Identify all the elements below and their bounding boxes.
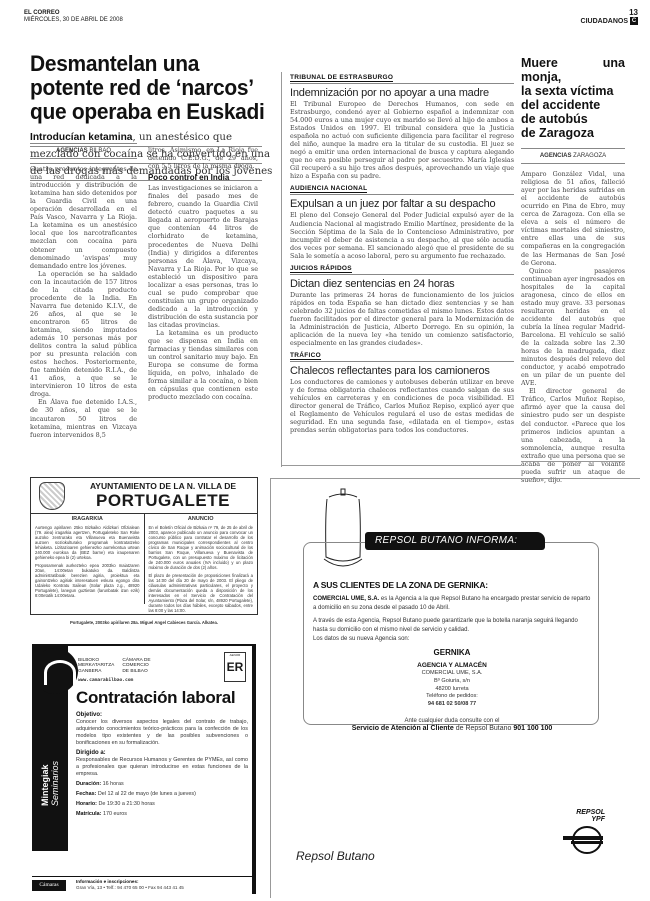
notice-spanish: ANUNCIO En el Boletín Oficial de Bizkaia…	[144, 514, 258, 604]
side-story: Muere una monja, la sexta víctima del ac…	[521, 56, 625, 484]
agency-address: COMERCIAL UME, S.A. Bº Goiuria, s/n 4820…	[313, 670, 591, 709]
ad-portugalete: AYUNTAMIENTO DE LA N. VILLA DE PORTUGALE…	[30, 477, 258, 615]
brief-headline: Chalecos reflectantes para los camionero…	[290, 365, 514, 378]
ad-repsol-butano: REPSOL BUTANO INFORMA: A SUS CLIENTES DE…	[270, 478, 640, 898]
lead-column-2: litros. Asimismo, en La Rioja fue deteni…	[148, 146, 258, 401]
brief-section-label: TRÁFICO	[290, 352, 514, 362]
masthead-left: EL CORREO MIÉRCOLES, 30 DE ABRIL DE 2008	[24, 10, 123, 24]
brief-body: Los conductores de camiones y autobuses …	[290, 378, 514, 434]
brief-headline: Dictan diez sentencias en 24 horas	[290, 278, 514, 291]
briefs-column: TRIBUNAL DE ESTRASBURGO Indemnización po…	[290, 74, 514, 439]
repsol-ypf-logo-icon: REPSOL YPF	[561, 809, 605, 857]
notice-basque: IRAGARKIA Aurtengo apirilaren 25ko Bizka…	[31, 514, 144, 604]
column-divider	[281, 72, 282, 467]
brief-section-label: JUICIOS RÁPIDOS	[290, 265, 514, 275]
aenor-certification-icon: AENORER	[224, 652, 246, 682]
repsol-butano-brand: Repsol Butano	[296, 849, 375, 863]
brief-headline: Indemnización por no apoyar a una madre	[290, 87, 514, 100]
notice-signature: Portugalete, 2003ko apirilaren 28a. Migu…	[31, 620, 257, 625]
lead-subhead: Poco control en India	[148, 174, 258, 182]
ad-portugalete-title: AYUNTAMIENTO DE LA N. VILLA DE	[73, 481, 253, 491]
camara-logo-icon	[32, 648, 78, 694]
issue-date: MIÉRCOLES, 30 DE ABRIL DE 2008	[24, 17, 123, 24]
brief-body: Durante las primeras 24 horas de funcion…	[290, 291, 514, 347]
lead-headline: Desmantelan una potente red de ‘narcos’ …	[30, 52, 246, 124]
byline: AGENCIAS ZARAGOZA	[521, 148, 625, 164]
lead-column-1: AGENCIAS BILBAO Cuatro presuntos integra…	[30, 143, 137, 439]
brief-body: El Tribunal Europeo de Derechos Humanos,…	[290, 100, 514, 180]
side-bottom-rule	[521, 461, 625, 462]
ad-camara-bilbao: MintegiakSeminarios BILBOKOMERKATARITZAG…	[32, 644, 256, 894]
briefs-bottom-rule	[281, 465, 521, 466]
agency-city: GERNIKA	[313, 648, 591, 657]
section-name: CIUDADANOS	[581, 18, 628, 25]
side-headline: Muere una monja, la sexta víctima del ac…	[521, 56, 625, 140]
course-title: Contratación laboral	[76, 688, 235, 708]
camaras-logo-icon: Cámaras	[32, 880, 66, 891]
course-footer: Cámaras Información e inscripciones:Gran…	[32, 876, 252, 894]
agency-title: AGENCIA Y ALMACÉN	[313, 661, 591, 670]
repsol-banner: REPSOL BUTANO INFORMA:	[365, 532, 545, 550]
coat-of-arms-icon	[39, 482, 65, 510]
ad-portugalete-town: PORTUGALETE	[73, 491, 253, 511]
masthead-right: 13 CIUDADANOSC	[581, 8, 638, 25]
newspaper-name: EL CORREO	[24, 10, 123, 17]
camara-brand: BILBOKOMERKATARITZAGANBERA CÁMARA DECOME…	[78, 658, 151, 674]
brief-body: El pleno del Consejo General del Poder J…	[290, 211, 514, 259]
camara-url[interactable]: www.camarabilbao.com	[78, 678, 133, 683]
page-number: 13	[581, 8, 638, 17]
section-badge-icon: C	[630, 17, 638, 25]
repsol-notice: A SUS CLIENTES DE LA ZONA DE GERNIKA: CO…	[313, 581, 591, 733]
seminars-label: MintegiakSeminarios	[40, 761, 60, 806]
brief-section-label: TRIBUNAL DE ESTRASBURGO	[290, 74, 514, 84]
customer-service: Ante cualquier duda consulte con el Serv…	[313, 717, 591, 733]
brief-section-label: AUDIENCIA NACIONAL	[290, 185, 514, 195]
brief-headline: Expulsan a un juez por faltar a su despa…	[290, 198, 514, 211]
course-details: Objetivo: Conocer los diversos aspectos …	[76, 710, 248, 821]
byline: AGENCIAS BILBAO	[30, 143, 137, 159]
